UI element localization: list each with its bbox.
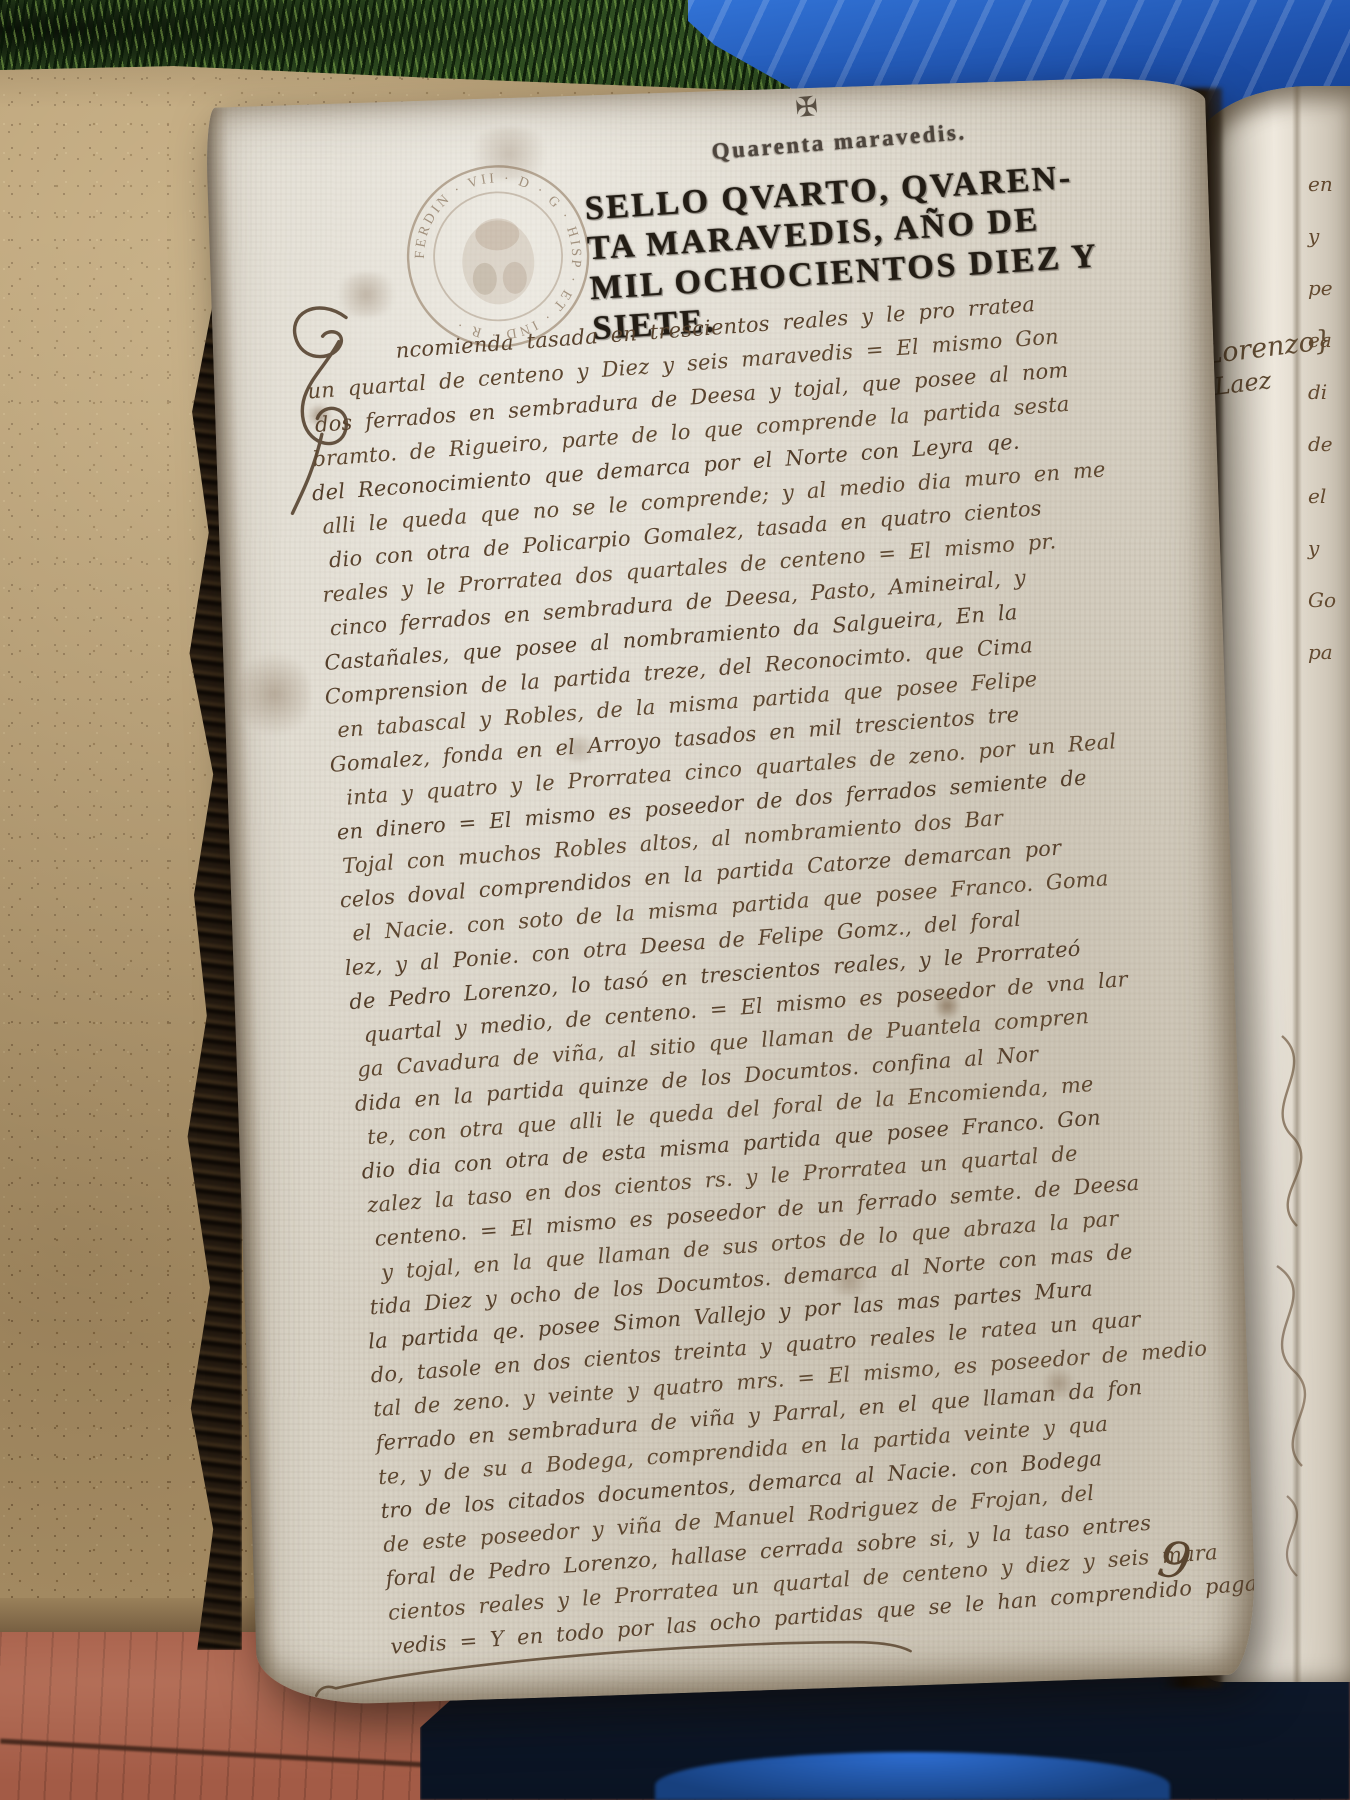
edge-letter: y [1308,224,1350,276]
manuscript-page: ✠ Quarenta maravedis. FERDIN · VII · D ·… [205,75,1257,1707]
edge-letter: di [1308,380,1350,432]
stain [237,645,312,743]
edge-letter: pa [1308,640,1350,692]
maravedis-stamp: Quarenta maravedis. [711,119,968,165]
edge-letter: ea [1308,328,1350,380]
handwritten-text-block: ncomienda tasada en trescientos reales y… [299,276,1258,1663]
cross-mark: ✠ [794,91,819,124]
edge-letter: pe [1308,276,1350,328]
edge-letter: el [1308,484,1350,536]
edge-letter: en [1308,172,1350,224]
next-page-edge-text: en y pe ea di de el y Go pa [1308,172,1350,692]
photo-scene: Lorenzo} Laez en y pe ea di de el y Go p… [0,0,1350,1800]
edge-letter: y [1308,536,1350,588]
edge-letter: de [1308,432,1350,484]
edge-letter: Go [1308,588,1350,640]
